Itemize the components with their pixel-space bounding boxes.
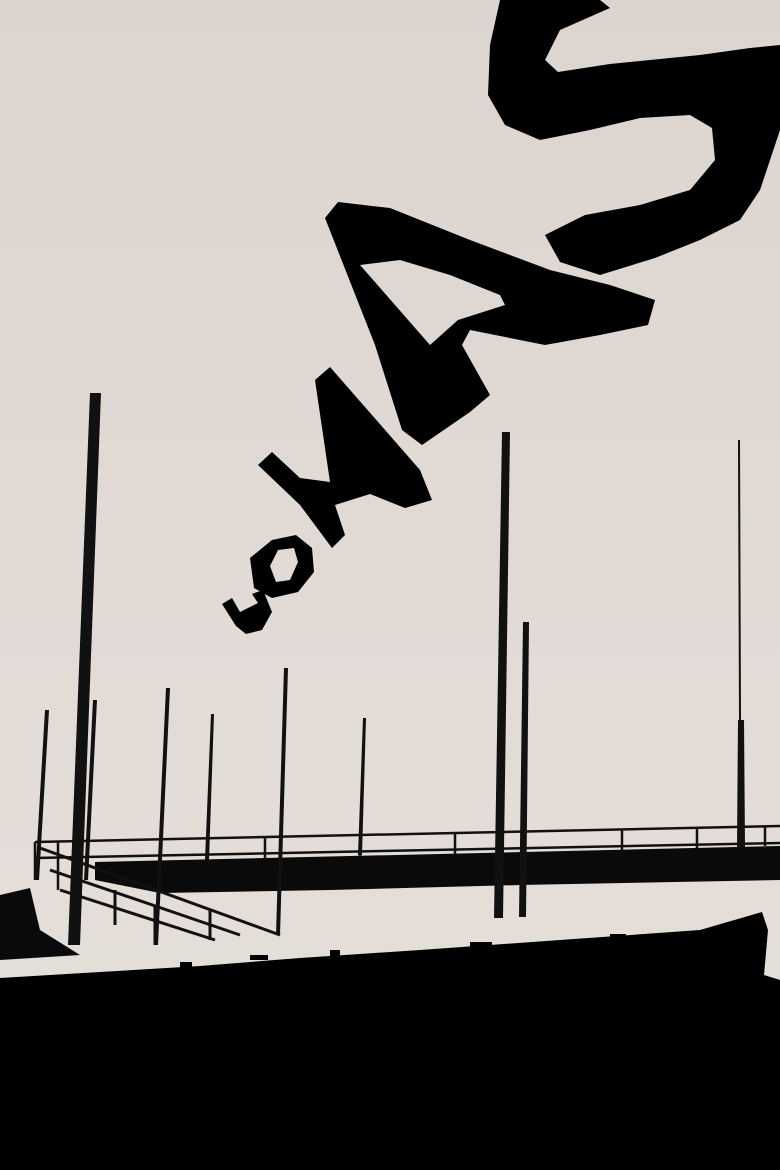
bridge-scene-illustration: [0, 0, 780, 1170]
title-letter-o: [250, 535, 314, 598]
bridge-deck: [95, 846, 780, 893]
title-letter-j: [222, 590, 272, 634]
title-letter-s: [488, 0, 780, 275]
ground: [0, 912, 780, 1170]
stair-shadow: [0, 888, 80, 960]
movie-poster: JONAS: [0, 0, 780, 1170]
